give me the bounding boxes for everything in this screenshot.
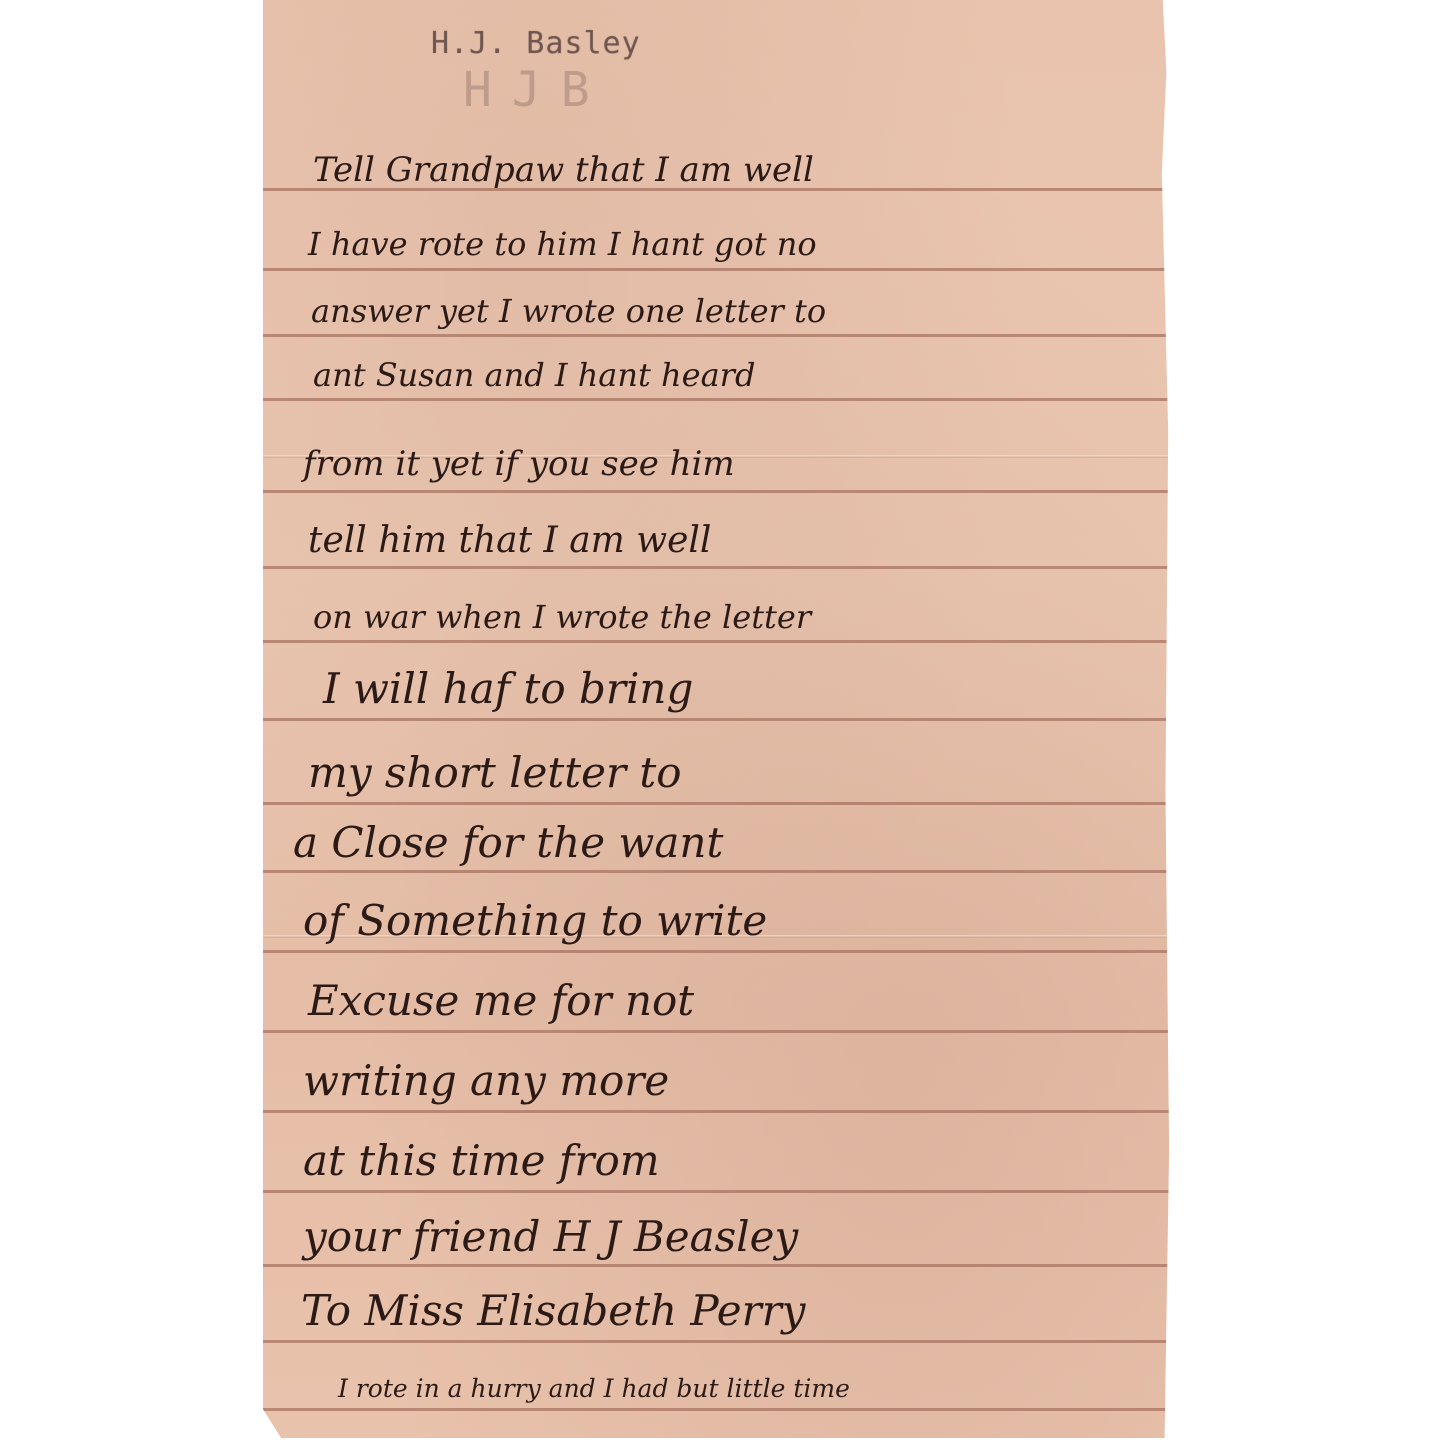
ruled-line: [263, 1340, 1170, 1343]
ruled-line: [263, 870, 1170, 873]
ruled-line: [263, 802, 1170, 805]
ruled-line: [263, 268, 1170, 271]
ruled-line: [263, 1408, 1170, 1411]
letter-line: my short letter to: [308, 748, 1215, 797]
letter-line: writing any more: [303, 1056, 1210, 1105]
ruled-line: [263, 490, 1170, 493]
perforated-name-stamp: H.J. Basley: [431, 26, 641, 61]
ruled-line: [263, 1190, 1170, 1193]
ruled-line: [263, 1264, 1170, 1267]
letter-line: at this time from: [303, 1136, 1210, 1185]
letter-line: a Close for the want: [293, 818, 1200, 867]
letter-line: tell him that I am well: [308, 520, 1215, 561]
ruled-line: [263, 334, 1170, 337]
ruled-line: [263, 718, 1170, 721]
ruled-line: [263, 1030, 1170, 1033]
postscript-line: I rote in a hurry and I had but little t…: [338, 1374, 1245, 1403]
letter-line: of Something to write: [303, 896, 1210, 945]
ruled-line: [263, 398, 1170, 401]
letter-line: on war when I wrote the letter: [313, 598, 1220, 636]
letter-line: I have rote to him I hant got no: [308, 225, 1215, 263]
signature-line: your friend H J Beasley: [303, 1212, 1210, 1261]
letter-line: I will haf to bring: [323, 664, 1230, 713]
letter-line: answer yet I wrote one letter to: [311, 292, 1218, 330]
ruled-line: [263, 1110, 1170, 1113]
letter-line: Excuse me for not: [308, 976, 1215, 1025]
letter-line: Tell Grandpaw that I am well: [313, 150, 1220, 190]
letter-page: HJB H.J. Basley Tell Grandpaw that I am …: [263, 0, 1170, 1438]
letter-line: from it yet if you see him: [303, 444, 1210, 484]
ruled-line: [263, 566, 1170, 569]
stamp-bleed-through: HJB: [463, 62, 610, 118]
addressee-line: To Miss Elisabeth Perry: [301, 1286, 1208, 1335]
ruled-line: [263, 640, 1170, 643]
ruled-line: [263, 950, 1170, 953]
letter-line: ant Susan and I hant heard: [313, 356, 1220, 394]
